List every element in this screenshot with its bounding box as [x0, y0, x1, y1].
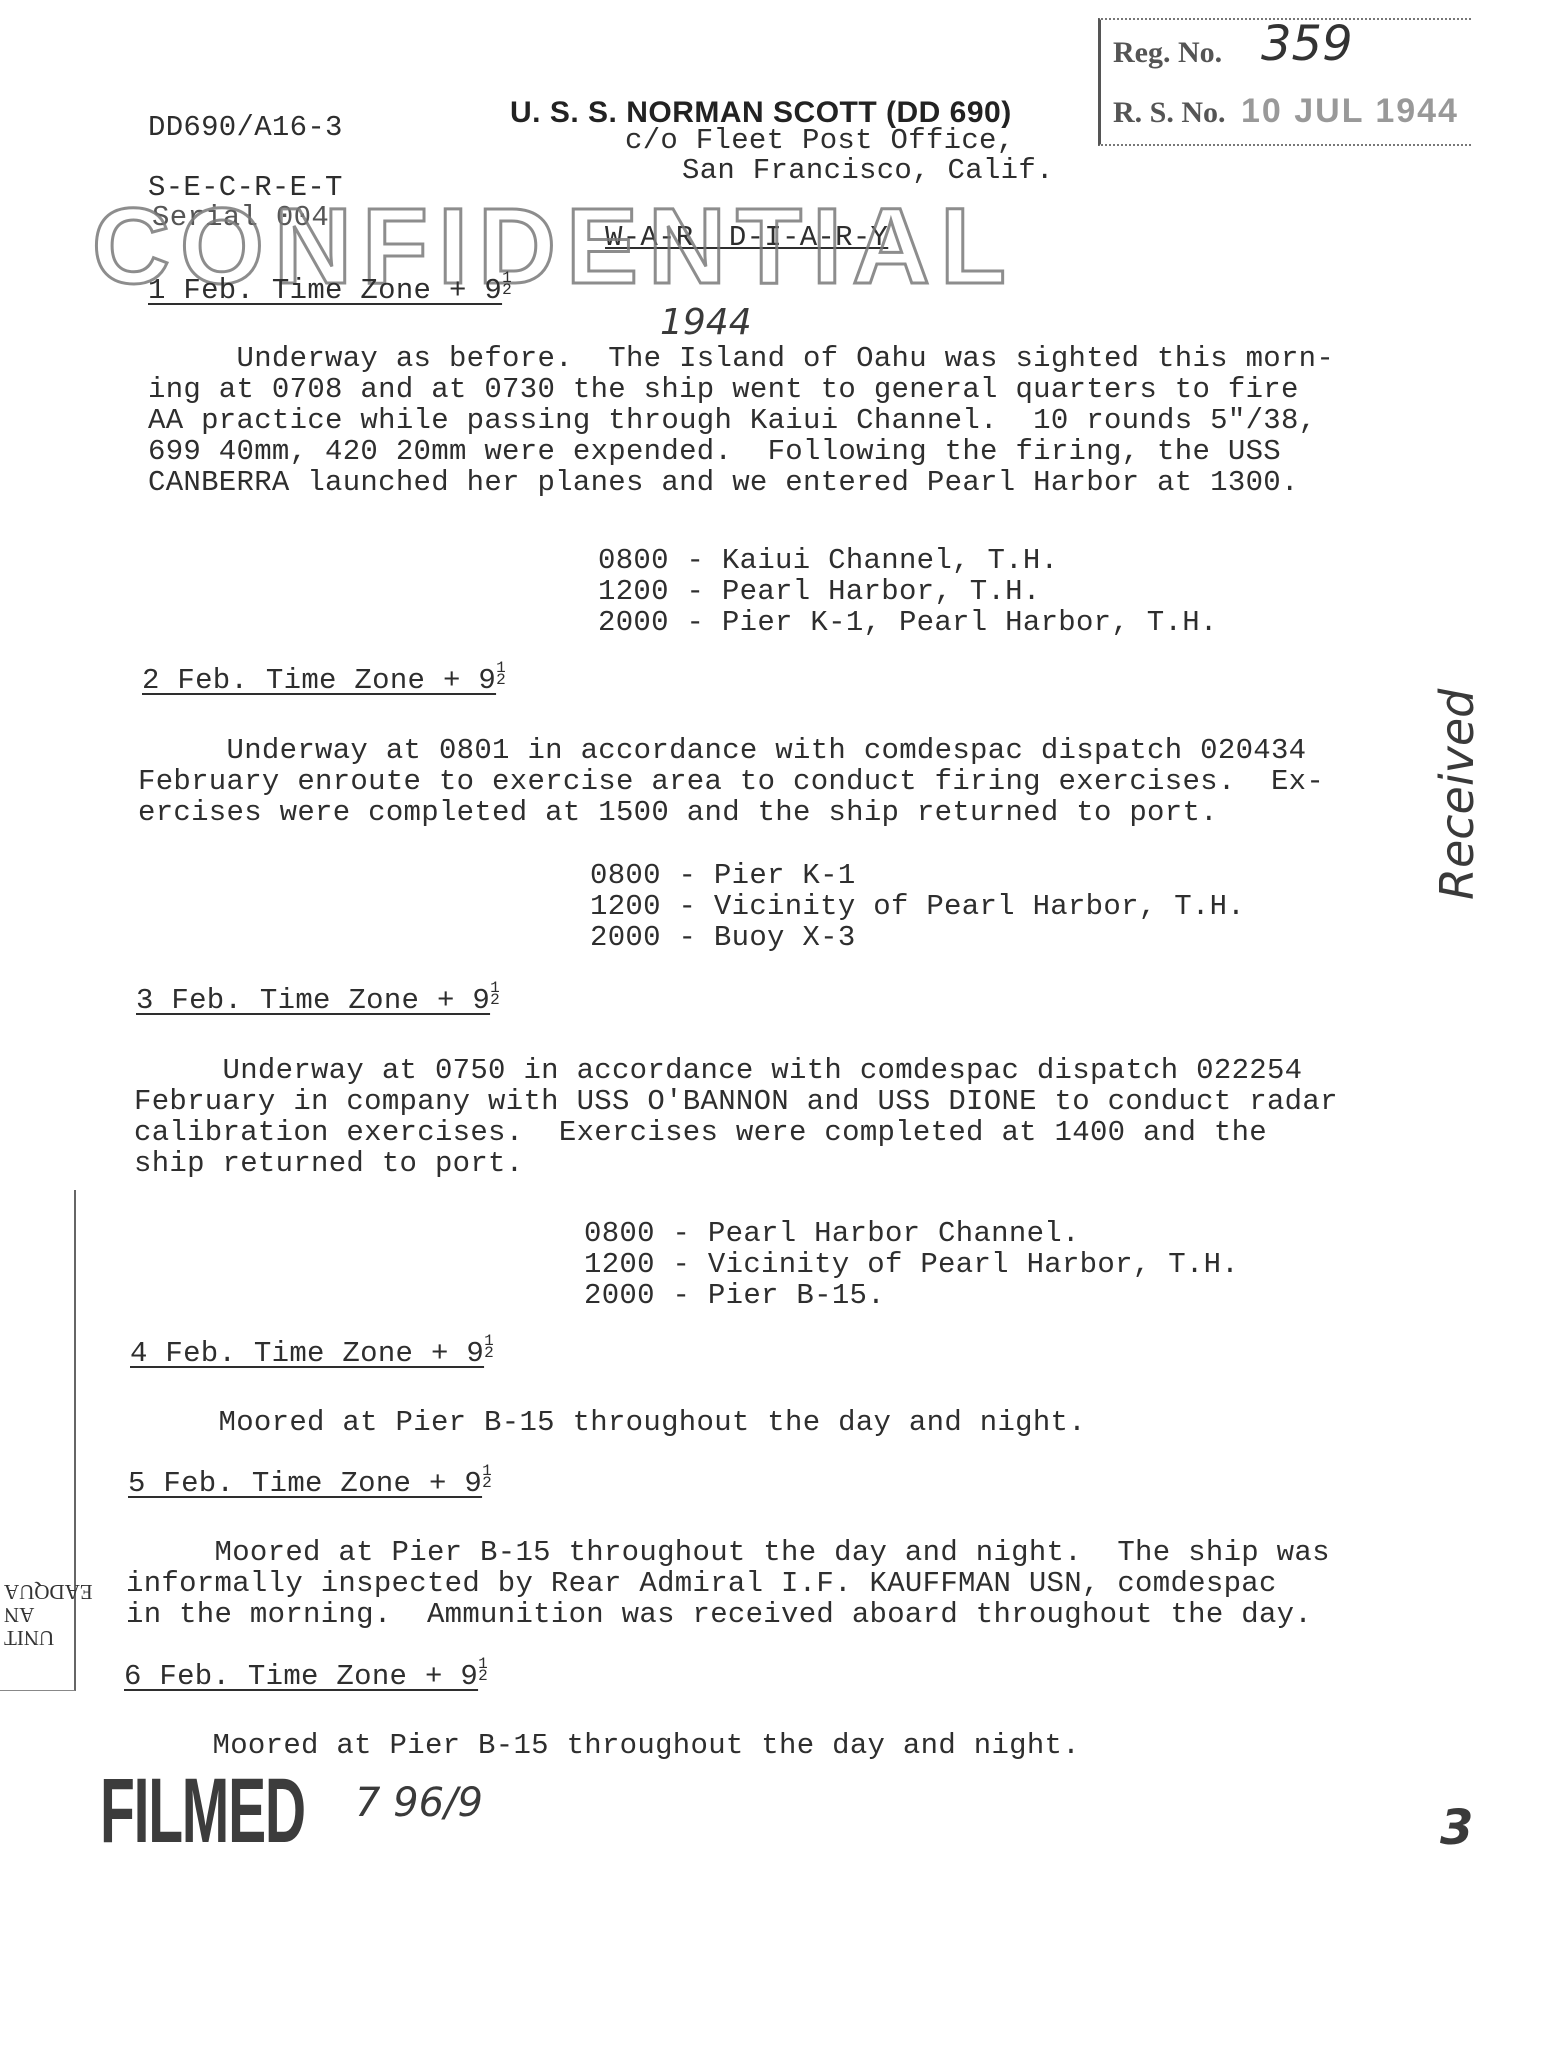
reg-no-value: 359 [1261, 16, 1353, 72]
entry-heading: 3 Feb. Time Zone + 912 [136, 982, 500, 1016]
entry-heading: 4 Feb. Time Zone + 912 [130, 1335, 494, 1369]
entry-date-zone: 6 Feb. Time Zone + 9 [124, 1660, 478, 1693]
position-row: 2000 - Buoy X-3 [590, 922, 1245, 953]
position-row: 0800 - Pier K-1 [590, 860, 1245, 891]
filmed-number: 7 96/9 [355, 1780, 483, 1826]
position-row: 1200 - Vicinity of Pearl Harbor, T.H. [584, 1249, 1239, 1280]
handwritten-year: 1944 [660, 302, 752, 343]
file-number: DD690/A16-3 [148, 112, 343, 143]
entry-paragraph: Underway at 0801 in accordance with comd… [138, 735, 1324, 828]
filmed-stamp: FILMED [100, 1765, 305, 1857]
entry-paragraph: Moored at Pier B-15 throughout the day a… [124, 1730, 1080, 1761]
position-row: 2000 - Pier B-15. [584, 1280, 1239, 1311]
zone-fraction: 12 [478, 1658, 488, 1682]
zone-fraction: 12 [502, 272, 512, 296]
entry-paragraph: Moored at Pier B-15 throughout the day a… [126, 1537, 1330, 1630]
entry-date-zone: 2 Feb. Time Zone + 9 [142, 664, 496, 697]
position-row: 2000 - Pier K-1, Pearl Harbor, T.H. [598, 607, 1218, 638]
position-reports: 0800 - Pier K-11200 - Vicinity of Pearl … [590, 860, 1245, 953]
received-date-stamp: 10 JUL 1944 [1241, 92, 1459, 131]
address-line-1: c/o Fleet Post Office, [625, 125, 1014, 156]
entry-paragraph: Underway as before. The Island of Oahu w… [148, 343, 1334, 498]
entry-date-zone: 1 Feb. Time Zone + 9 [148, 274, 502, 307]
zone-fraction: 12 [490, 982, 500, 1006]
entry-heading: 5 Feb. Time Zone + 912 [128, 1465, 492, 1499]
attached-slip-text: UNIT AN EADQUA [4, 1580, 93, 1649]
entry-date-zone: 3 Feb. Time Zone + 9 [136, 984, 490, 1017]
position-row: 1200 - Pearl Harbor, T.H. [598, 576, 1218, 607]
rs-no-label: R. S. No. [1113, 96, 1226, 130]
entry-heading: 1 Feb. Time Zone + 912 [148, 272, 512, 306]
position-row: 0800 - Pearl Harbor Channel. [584, 1218, 1239, 1249]
position-row: 0800 - Kaiui Channel, T.H. [598, 545, 1218, 576]
address-line-2: San Francisco, Calif. [682, 155, 1054, 186]
position-reports: 0800 - Kaiui Channel, T.H.1200 - Pearl H… [598, 545, 1218, 638]
received-note-text: Received [1430, 689, 1484, 900]
zone-fraction: 12 [496, 662, 506, 686]
handwritten-received-note: Received [1430, 689, 1484, 900]
entry-paragraph: Moored at Pier B-15 throughout the day a… [130, 1407, 1086, 1438]
registration-stamp: Reg. No. 359 R. S. No. 10 JUL 1944 [1098, 18, 1471, 146]
page-number: 3 [1440, 1800, 1473, 1856]
entry-date-zone: 4 Feb. Time Zone + 9 [130, 1337, 484, 1370]
entry-heading: 6 Feb. Time Zone + 912 [124, 1658, 488, 1692]
entry-paragraph: Underway at 0750 in accordance with comd… [134, 1055, 1338, 1179]
position-reports: 0800 - Pearl Harbor Channel.1200 - Vicin… [584, 1218, 1239, 1311]
position-row: 1200 - Vicinity of Pearl Harbor, T.H. [590, 891, 1245, 922]
zone-fraction: 12 [484, 1335, 494, 1359]
entry-heading: 2 Feb. Time Zone + 912 [142, 662, 506, 696]
reg-no-label: Reg. No. [1113, 36, 1222, 70]
entry-date-zone: 5 Feb. Time Zone + 9 [128, 1467, 482, 1500]
zone-fraction: 12 [482, 1465, 492, 1489]
